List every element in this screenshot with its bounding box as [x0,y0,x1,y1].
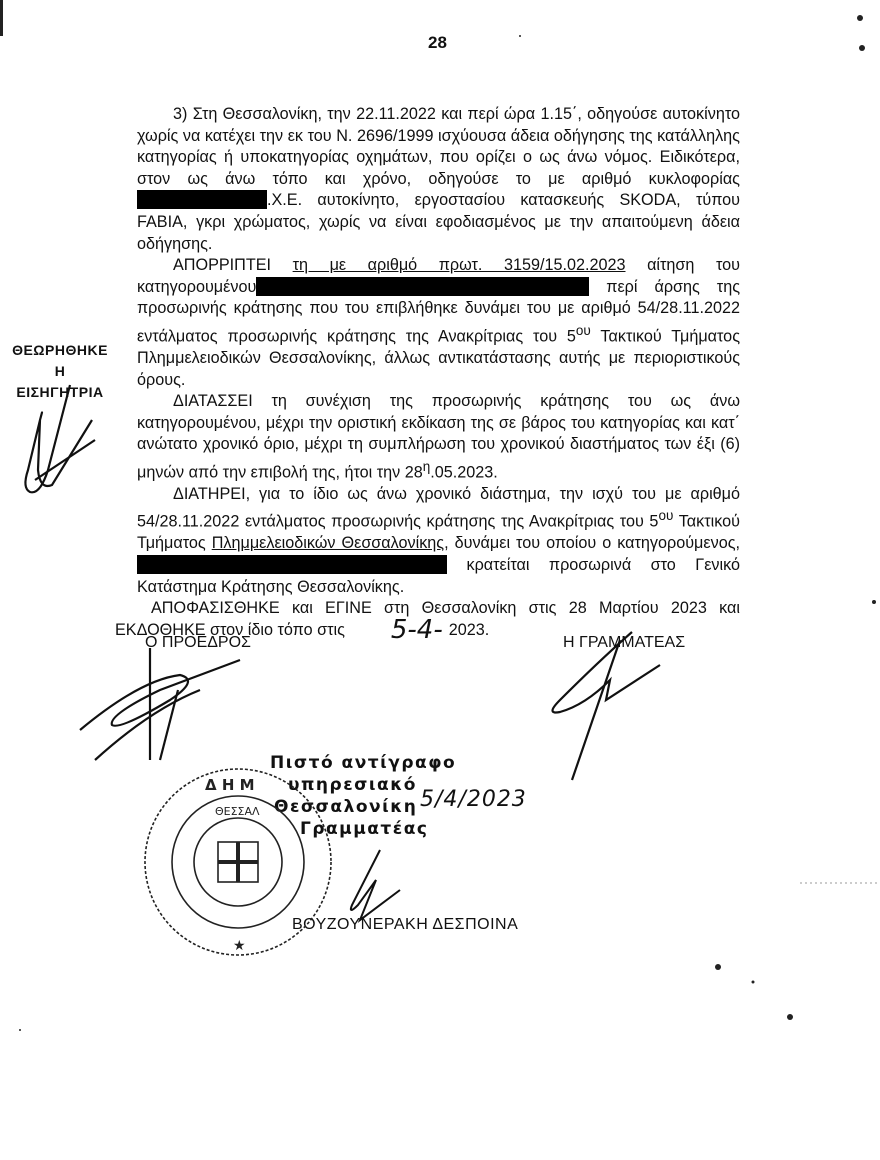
redacted-defendant-name [256,277,589,296]
secretary-label: Η ΓΡΑΜΜΑΤΕΑΣ [563,634,685,652]
paragraph-charge-3: 3) Στη Θεσσαλονίκη, την 22.11.2022 και π… [137,104,740,255]
page-number: 28 [428,33,447,53]
paragraph-orders: ΔΙΑΤΑΣΣΕΙ τη συνέχιση της προσωρινής κρά… [137,391,740,484]
redacted-defendant-name-2 [137,555,447,574]
scan-edge-mark [0,0,3,36]
svg-text:ΘΕΣΣΑΛ: ΘΕΣΣΑΛ [215,805,260,818]
svg-text:Δ Η Μ: Δ Η Μ [205,776,255,794]
secretary-signature-icon [553,632,661,780]
margin-note-reviewed: ΘΕΩΡΗΘΗΚΕ Η ΕΙΣΗΓΗΤΡΙΑ [0,340,120,403]
redacted-plate-number [137,190,267,209]
clerk-name: ΒΟΥΖΟΥΝΕΡΑΚΗ ΔΕΣΠΟΙΝΑ [292,916,518,934]
paragraph-rejects: ΑΠΟΡΡΙΠΤΕΙ τη με αριθμό πρωτ. 3159/15.02… [137,255,740,391]
president-signature-icon [80,648,240,760]
clerk-signature-icon [351,850,400,920]
president-label: Ο ΠΡΟΕΔΡΟΣ [145,634,251,652]
certification-handwritten-date: 5/4/2023 [420,787,527,812]
document-body: 3) Στη Θεσσαλονίκη, την 22.11.2022 και π… [137,104,740,641]
handwritten-date: 5-4- [355,620,443,642]
paragraph-maintains: ΔΙΑΤΗΡΕΙ, για το ίδιο ως άνω χρονικό διά… [137,484,740,598]
svg-text:★: ★ [233,938,246,954]
